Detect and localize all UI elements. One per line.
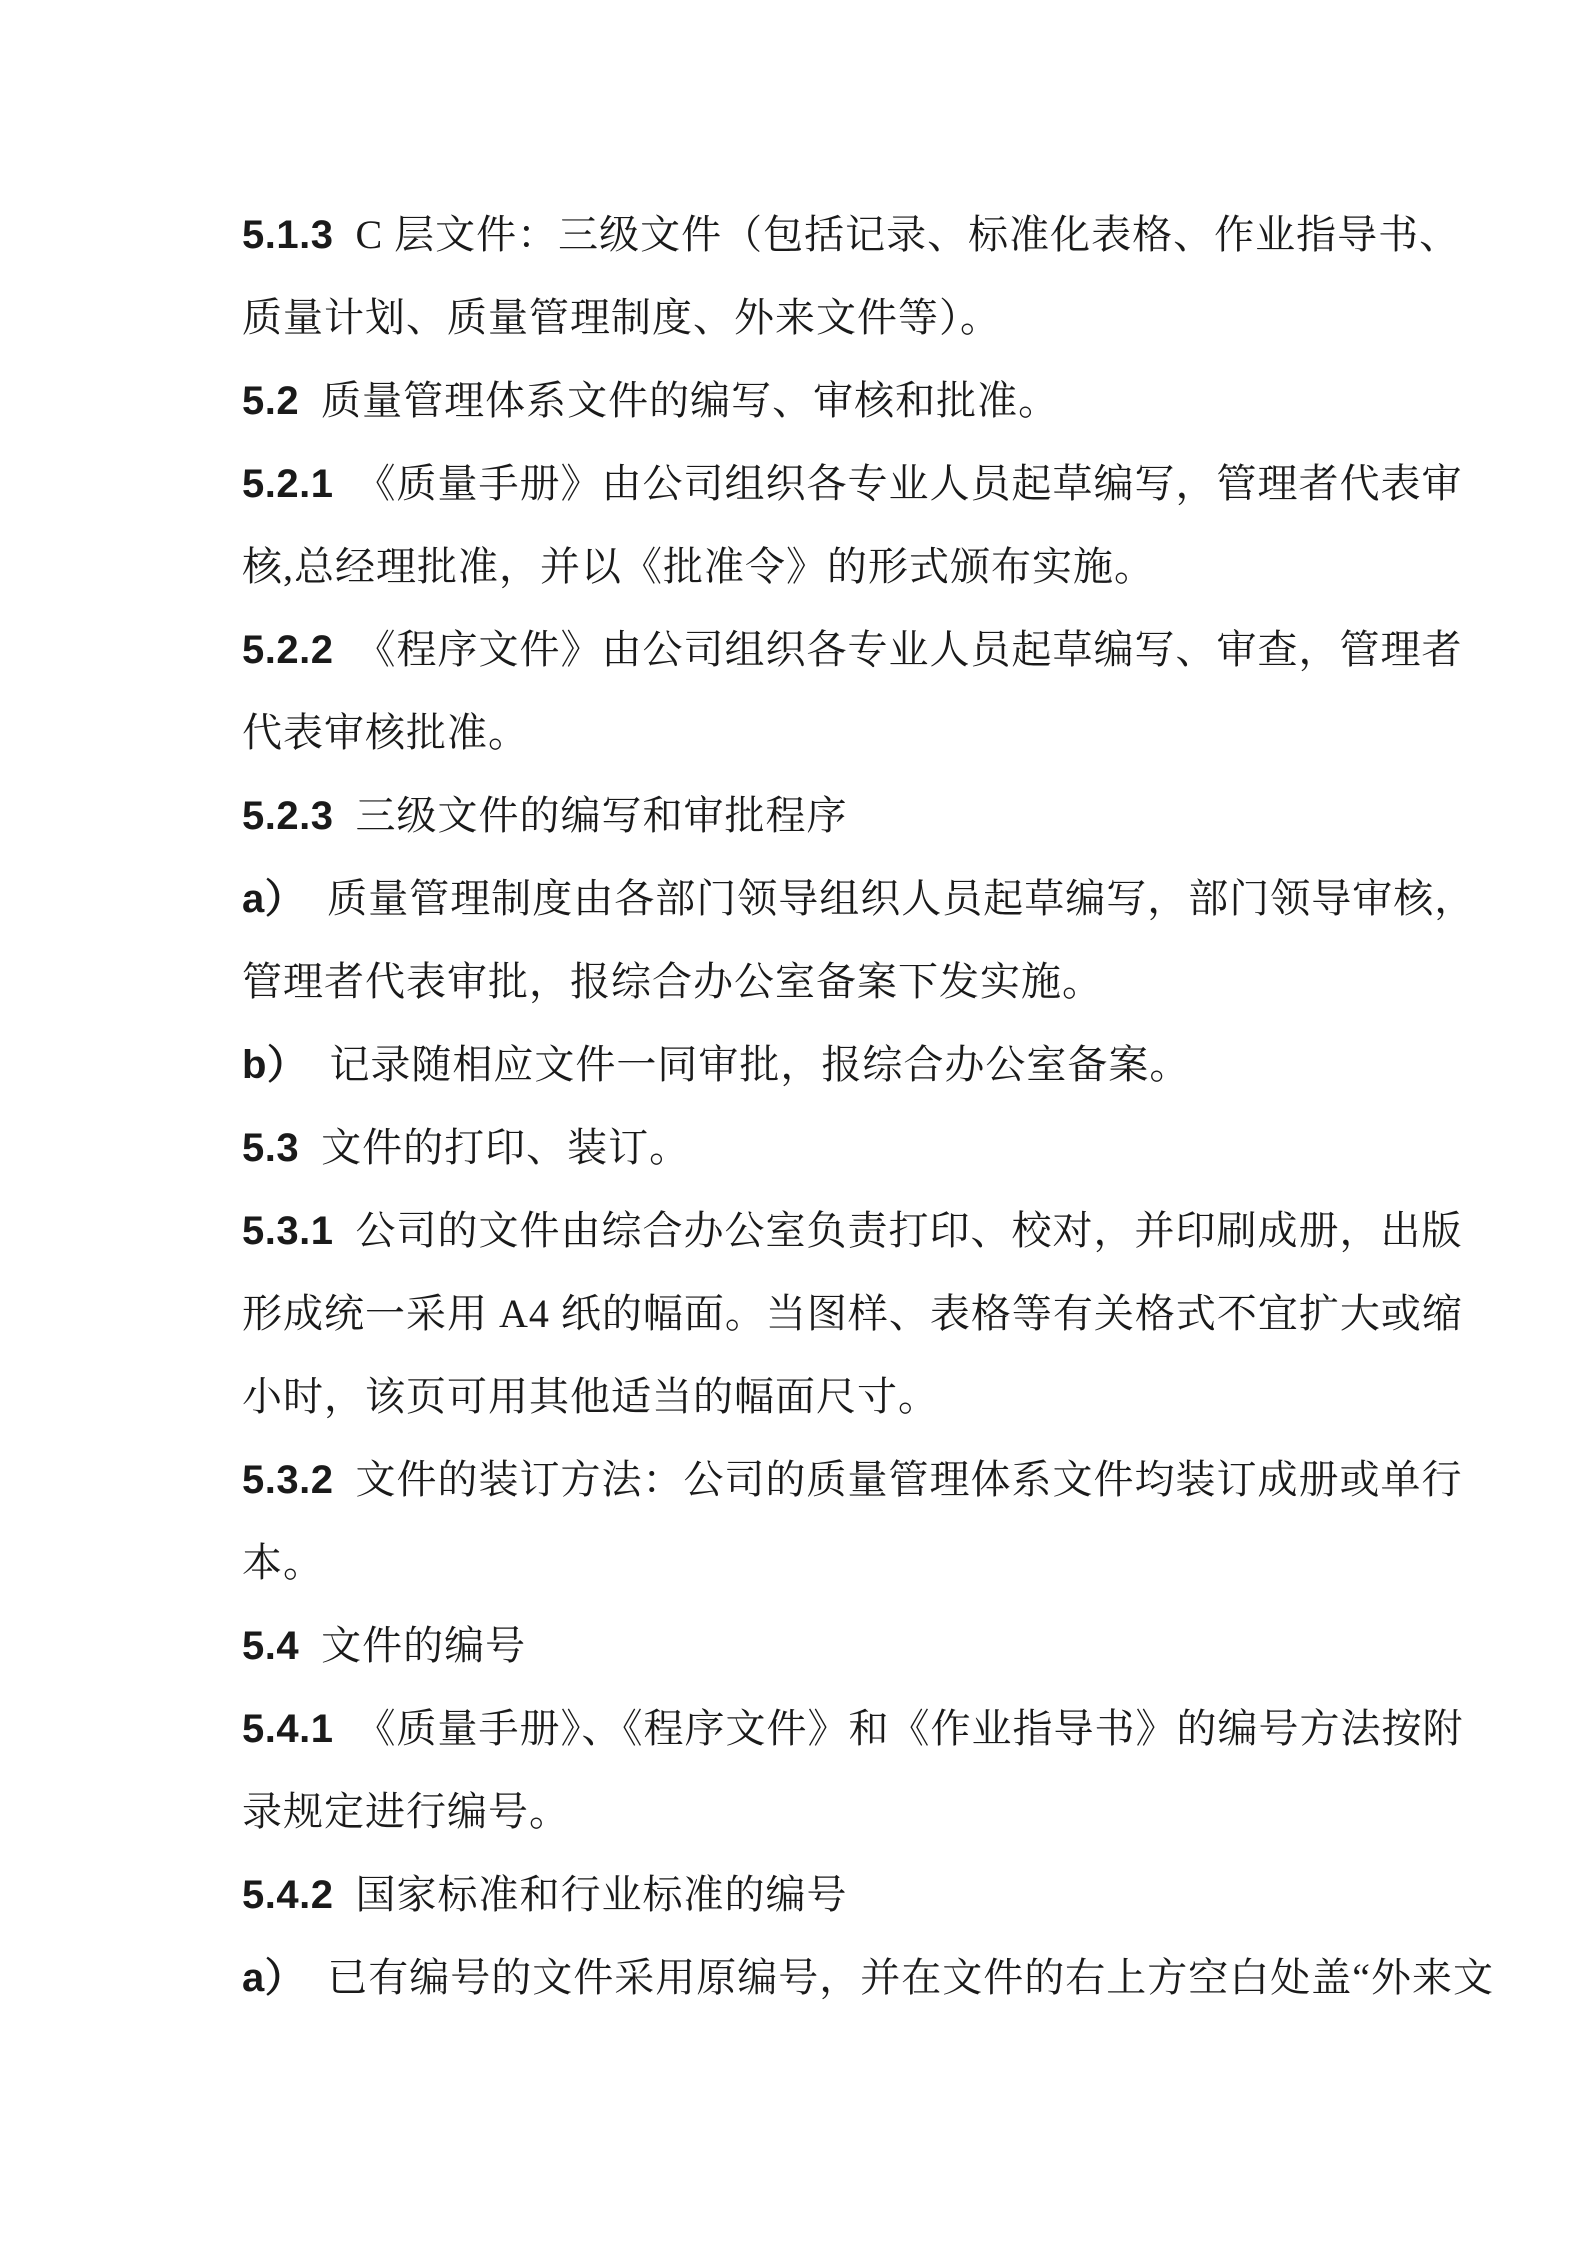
- line-text: 文件的打印、装订。: [321, 1125, 690, 1170]
- line-text: 录规定进行编号。: [242, 1789, 570, 1834]
- text-line: 5.4.2国家标准和行业标准的编号: [242, 1853, 1442, 1936]
- line-text: 国家标准和行业标准的编号: [355, 1872, 847, 1917]
- line-text: 形成统一采用 A4 纸的幅面。当图样、表格等有关格式不宜扩大或缩: [242, 1291, 1463, 1336]
- clause-number: 5.3.1: [242, 1209, 333, 1253]
- text-line: 5.1.3C 层文件：三级文件（包括记录、标准化表格、作业指导书、: [242, 193, 1442, 276]
- document-page: 5.1.3C 层文件：三级文件（包括记录、标准化表格、作业指导书、 质量计划、质…: [0, 0, 1587, 2245]
- line-text: 本。: [242, 1540, 324, 1585]
- line-text: 文件的编号: [321, 1623, 526, 1668]
- clause-number: 5.4.1: [242, 1707, 333, 1751]
- text-line: 5.2.1《质量手册》由公司组织各专业人员起草编写，管理者代表审: [242, 442, 1442, 525]
- text-line: 核,总经理批准，并以《批准令》的形式颁布实施。: [242, 525, 1442, 608]
- line-text: 核,总经理批准，并以《批准令》的形式颁布实施。: [242, 544, 1155, 589]
- clause-number: 5.3.2: [242, 1458, 333, 1502]
- line-text: 公司的文件由综合办公室负责打印、校对，并印刷成册，出版: [355, 1208, 1462, 1253]
- text-line: 5.4.1《质量手册》、《程序文件》和《作业指导书》的编号方法按附: [242, 1687, 1442, 1770]
- clause-number: 5.3: [242, 1126, 299, 1170]
- text-line: a）质量管理制度由各部门领导组织人员起草编写，部门领导审核，: [242, 857, 1442, 940]
- text-line: a）已有编号的文件采用原编号，并在文件的右上方空白处盖“外来文: [242, 1936, 1442, 2019]
- clause-number: 5.4.2: [242, 1873, 333, 1917]
- clause-number: 5.2: [242, 379, 299, 423]
- text-line: 5.2质量管理体系文件的编写、审核和批准。: [242, 359, 1442, 442]
- list-item-letter: b）: [242, 1043, 307, 1087]
- line-text: 《质量手册》由公司组织各专业人员起草编写，管理者代表审: [355, 461, 1462, 506]
- text-line: 管理者代表审批，报综合办公室备案下发实施。: [242, 940, 1442, 1023]
- line-text: 记录随相应文件一同审批，报综合办公室备案。: [329, 1042, 1190, 1087]
- text-line: 5.2.2《程序文件》由公司组织各专业人员起草编写、审查，管理者: [242, 608, 1442, 691]
- clause-number: 5.4: [242, 1624, 299, 1668]
- text-line: 代表审核批准。: [242, 691, 1442, 774]
- text-line: 5.3文件的打印、装订。: [242, 1106, 1442, 1189]
- clause-number: 5.1.3: [242, 213, 333, 257]
- text-line: 5.2.3三级文件的编写和审批程序: [242, 774, 1442, 857]
- line-text: 质量管理体系文件的编写、审核和批准。: [321, 378, 1059, 423]
- clause-number: 5.2.3: [242, 794, 333, 838]
- line-text: 文件的装订方法：公司的质量管理体系文件均装订成册或单行: [355, 1457, 1462, 1502]
- line-text: 代表审核批准。: [242, 710, 529, 755]
- text-line: 本。: [242, 1521, 1442, 1604]
- text-line: 5.3.1公司的文件由综合办公室负责打印、校对，并印刷成册，出版: [242, 1189, 1442, 1272]
- line-text: 小时，该页可用其他适当的幅面尺寸。: [242, 1374, 939, 1419]
- document-text-block: 5.1.3C 层文件：三级文件（包括记录、标准化表格、作业指导书、 质量计划、质…: [242, 193, 1442, 2019]
- line-text: 已有编号的文件采用原编号，并在文件的右上方空白处盖“外来文: [327, 1955, 1494, 2000]
- line-text: 质量管理制度由各部门领导组织人员起草编写，部门领导审核，: [327, 876, 1475, 921]
- text-line: b）记录随相应文件一同审批，报综合办公室备案。: [242, 1023, 1442, 1106]
- list-item-letter: a）: [242, 1956, 305, 2000]
- line-text: 质量计划、质量管理制度、外来文件等）。: [242, 295, 1001, 340]
- text-line: 小时，该页可用其他适当的幅面尺寸。: [242, 1355, 1442, 1438]
- line-text: 《程序文件》由公司组织各专业人员起草编写、审查，管理者: [355, 627, 1462, 672]
- line-text: 三级文件的编写和审批程序: [355, 793, 847, 838]
- text-line: 5.4文件的编号: [242, 1604, 1442, 1687]
- text-line: 形成统一采用 A4 纸的幅面。当图样、表格等有关格式不宜扩大或缩: [242, 1272, 1442, 1355]
- clause-number: 5.2.2: [242, 628, 333, 672]
- text-line: 录规定进行编号。: [242, 1770, 1442, 1853]
- list-item-letter: a）: [242, 877, 305, 921]
- clause-number: 5.2.1: [242, 462, 333, 506]
- line-text: 《质量手册》、《程序文件》和《作业指导书》的编号方法按附: [355, 1706, 1463, 1751]
- line-text: 管理者代表审批，报综合办公室备案下发实施。: [242, 959, 1103, 1004]
- text-line: 质量计划、质量管理制度、外来文件等）。: [242, 276, 1442, 359]
- text-line: 5.3.2文件的装订方法：公司的质量管理体系文件均装订成册或单行: [242, 1438, 1442, 1521]
- line-text: C 层文件：三级文件（包括记录、标准化表格、作业指导书、: [355, 212, 1460, 257]
